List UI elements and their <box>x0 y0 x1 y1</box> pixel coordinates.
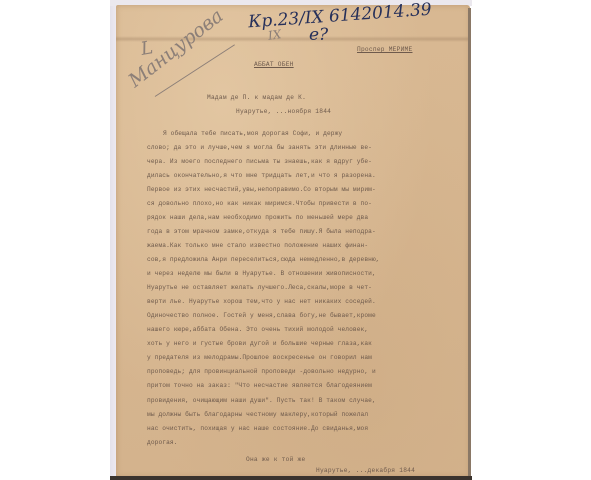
document-title: АББАТ ОБЕН <box>254 61 294 68</box>
page-right-edge <box>468 8 471 476</box>
body-line: Я обещала тебе писать,моя дорогая Софи, … <box>163 130 455 137</box>
body-line: у предателя из мелодрамы.Прошлое воскрес… <box>147 354 439 361</box>
handwritten-pencil-roman: IX <box>267 27 282 43</box>
body-line: рядок наши дела,нам необходимо прожить п… <box>147 214 439 221</box>
body-line: Нуарутье не оставляет желать лучшего.Лес… <box>147 284 439 291</box>
body-line: жаема.Как только мне стало известно поло… <box>147 242 439 249</box>
scanned-document: Кр.23/IX 6142014.39 е? IX L Манцурова Пр… <box>0 0 591 480</box>
place-date-line-2: Нуарутье, ...декабря 1844 <box>316 467 415 474</box>
body-line: мы должны быть благодарны честному макле… <box>147 411 439 418</box>
body-line: проповедь; для провинциальной проповеди … <box>147 368 439 375</box>
body-line: дорогая. <box>147 439 439 446</box>
body-line: верти лье. Нуарутье хорош тем,что у нас … <box>147 298 439 305</box>
page-bottom-edge <box>110 476 472 480</box>
body-line: дилась окончательно,я что мне тридцать л… <box>147 172 439 179</box>
body-line: и через неделю мы были в Нуарутье. В отн… <box>147 270 439 277</box>
body-line: Первое из этих несчастий,увы,непоправимо… <box>147 186 439 193</box>
body-line: притом точно на заказ: "Что несчастие яв… <box>147 382 439 389</box>
body-line: ся довольно плохо,но как никак миримся.Ч… <box>147 200 439 207</box>
paper-page <box>116 5 470 477</box>
body-line: Одиночество полное. Гостей у меня,слава … <box>147 312 439 319</box>
body-line: провидения, очищающим наши души". Пусть … <box>147 397 439 404</box>
body-line: года в этом мрачном замке,откуда я тебе … <box>147 228 439 235</box>
handwritten-ink-query: е? <box>309 25 328 45</box>
closing-salutation: Она же к той же <box>246 456 305 463</box>
body-line: чера. Из моего последнего письма ты знае… <box>147 158 439 165</box>
place-date-line: Нуарутье, ...ноября 1844 <box>236 108 331 115</box>
body-line: нашего кюре,аббата Обена. Это очень тихи… <box>147 326 439 333</box>
addressee-line: Мадам де П. к мадам де К. <box>207 94 306 101</box>
body-line: нас очистить, похищая у нас наше состоян… <box>147 425 439 432</box>
body-line: сов,я предложила Анри переселиться,сюда … <box>147 256 439 263</box>
author-attribution: Проспер МЕРИМЕ <box>357 46 412 53</box>
body-line: слово; да это и лучше,чем я могла бы зан… <box>147 144 439 151</box>
body-line: хоть у него и густые брови дугой и больш… <box>147 340 439 347</box>
